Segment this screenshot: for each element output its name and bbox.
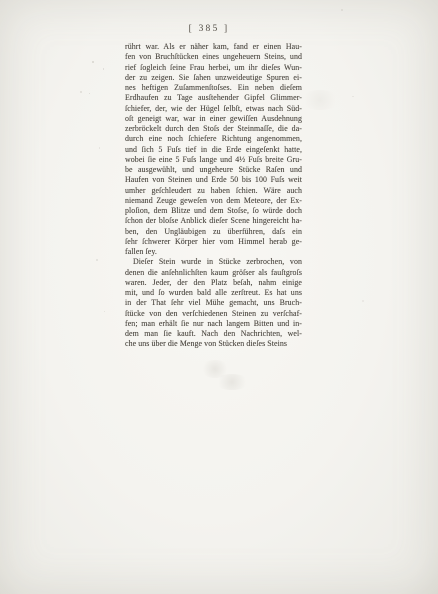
text-line: denen die anſehnlichſten kaum gröſser al… xyxy=(125,268,302,278)
text-line: Haufen von Steinen und Erde 50 bis 100 F… xyxy=(125,175,302,185)
text-line: niemand Zeuge geweſen von dem Meteore, d… xyxy=(125,196,302,206)
text-line: wobei ſie eine 5 Fuſs lange und 4½ Fuſs … xyxy=(125,155,302,165)
text-line: fallen ſey. xyxy=(125,247,302,257)
scan-speck xyxy=(103,68,104,70)
scan-speck xyxy=(99,147,100,149)
scan-speck xyxy=(341,9,343,11)
text-line: waren. Jeder, der den Platz beſah, nahm … xyxy=(125,278,302,288)
text-line: rührt war. Als er näher kam, fand er ein… xyxy=(125,42,302,52)
text-line: fen von Bruchſtücken eines ungeheuern St… xyxy=(125,52,302,62)
text-line: der zu zeigen. Sie ſahen unzweideutige S… xyxy=(125,73,302,83)
text-line: zerbröckelt durch den Stoſs der Steinmaſ… xyxy=(125,124,302,134)
text-line: oſt geneigt war, war in einer gewiſſen A… xyxy=(125,114,302,124)
text-block: rührt war. Als er näher kam, fand er ein… xyxy=(125,42,302,350)
text-line: in der That ſehr viel Mühe gemacht, uns … xyxy=(125,298,302,308)
text-line: fen; man erhält ſie nur nach langem Bitt… xyxy=(125,319,302,329)
text-line: mit, und ſo wurden bald alle zerſtreut. … xyxy=(125,288,302,298)
text-line: dem man ſie kauft. Nach den Nachrichten,… xyxy=(125,329,302,339)
text-line: ſehr ſchwerer Körper hier vom Himmel her… xyxy=(125,237,302,247)
scan-speck xyxy=(80,91,82,93)
text-line: Erdhaufen zu Tage ausſtehender Gipfel Gl… xyxy=(125,93,302,103)
scan-speck xyxy=(362,300,364,302)
scan-speck xyxy=(96,259,98,261)
text-line: durch eine noch ſchiefere Richtung angen… xyxy=(125,134,302,144)
text-line: ſchiefer, der, wie der Hügel ſelbſt, etw… xyxy=(125,104,302,114)
scan-speck xyxy=(352,96,354,97)
text-line: ſtücke von den verſchiedenen Steinen zu … xyxy=(125,309,302,319)
text-line: ben, den Ungläubigen zu überführen, daſs… xyxy=(125,227,302,237)
scan-speck xyxy=(92,61,94,63)
text-line: umher geſchleudert zu haben ſchien. Wäre… xyxy=(125,186,302,196)
text-line: nes heftigen Zuſammenſtoſses. Ein neben … xyxy=(125,83,302,93)
scanned-book-page: [ 385 ] rührt war. Als er näher kam, fan… xyxy=(0,0,438,594)
text-line: und ſich 5 Fuſs tief in die Erde eingeſe… xyxy=(125,145,302,155)
text-line: che uns über die Menge von Stücken dieſe… xyxy=(125,339,302,349)
text-line: be ausgewühlt, und ungeheure Stücke Raſe… xyxy=(125,165,302,175)
page-number-header: [ 385 ] xyxy=(121,24,297,34)
text-line: Dieſer Stein wurde in Stücke zerbrochen,… xyxy=(125,257,302,267)
paragraph-1: rührt war. Als er näher kam, fand er ein… xyxy=(125,42,302,257)
text-line: rief ſogleich ſeine Frau herbei, um ihr … xyxy=(125,63,302,73)
scan-smudge xyxy=(300,90,340,110)
scan-speck xyxy=(89,93,90,94)
text-line: ploſion, dem Blitze und dem Stoſse, ſo w… xyxy=(125,206,302,216)
scan-speck xyxy=(104,311,105,312)
paragraph-2: Dieſer Stein wurde in Stücke zerbrochen,… xyxy=(125,257,302,349)
scan-smudge xyxy=(214,374,250,390)
text-line: ſchon der bloſse Anblick dieſer Scene hi… xyxy=(125,216,302,226)
